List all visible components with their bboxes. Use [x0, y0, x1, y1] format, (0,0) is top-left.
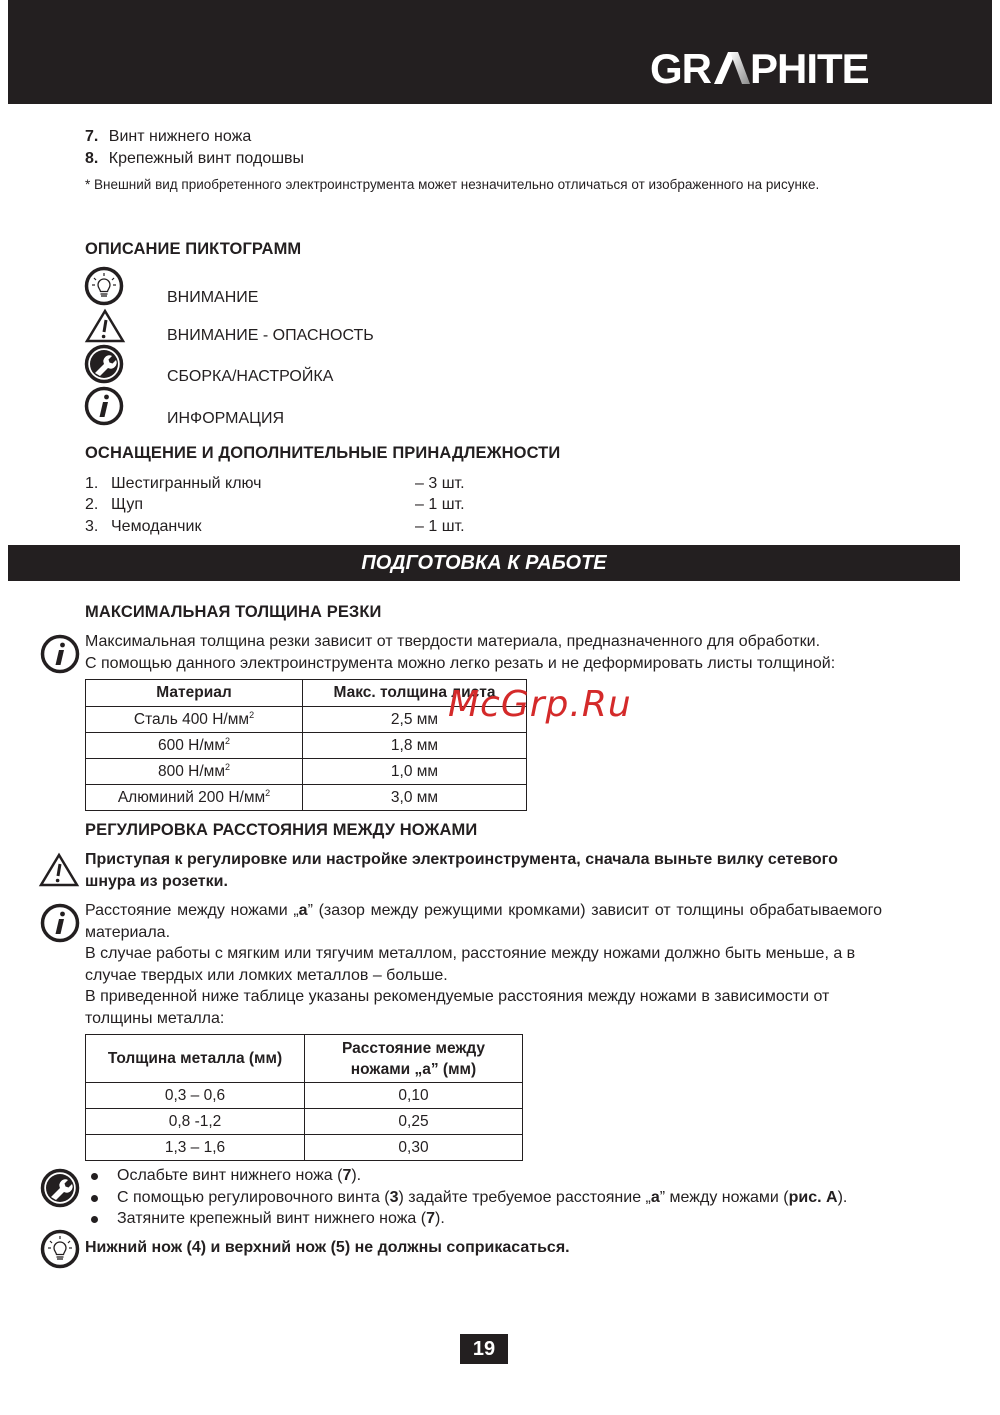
accessory-item: 3. Чемоданчик – 1 шт. — [85, 516, 98, 537]
attention-note: Нижний нож (4) и верхний нож (5) не долж… — [85, 1237, 570, 1259]
svg-text:PHITE: PHITE — [750, 50, 869, 86]
wrench-icon — [84, 344, 124, 384]
table-row: 0,8 -1,2 0,25 — [86, 1109, 523, 1135]
accessory-qty: – 1 шт. — [415, 516, 465, 537]
pictogram-label: ВНИМАНИЕ - ОПАСНОСТЬ — [167, 327, 374, 345]
blade-gap-info-3: В приведенной ниже таблице указаны реком… — [85, 986, 885, 1029]
parts-item: 7. Винт нижнего ножа — [85, 126, 251, 147]
page-number-text: 19 — [473, 1338, 495, 1361]
parts-item-number: 7. — [85, 128, 98, 145]
max-thickness-text-2: С помощью данного электроинструмента мож… — [85, 653, 835, 675]
footnote: * Внешний вид приобретенного электроинст… — [85, 175, 882, 195]
blade-gap-table: Толщина металла (мм) Расстояние между но… — [85, 1034, 523, 1161]
step-item: Затяните крепежный винт нижнего ножа (7)… — [85, 1208, 905, 1230]
value-cell: 1,0 мм — [303, 759, 527, 785]
parts-item-number: 8. — [85, 150, 98, 167]
table-row: 0,3 – 0,6 0,10 — [86, 1083, 523, 1109]
table-row: 1,3 – 1,6 0,30 — [86, 1135, 523, 1161]
accessory-item: 2. Щуп – 1 шт. — [85, 494, 98, 515]
brand-logo: GR PHITE — [650, 46, 882, 90]
accessory-number: 1. — [85, 475, 98, 492]
gap-cell: 0,25 — [305, 1109, 523, 1135]
info-icon — [84, 386, 124, 426]
accessory-label: Щуп — [111, 494, 143, 515]
max-thickness-text-1: Максимальная толщина резки зависит от тв… — [85, 631, 820, 653]
thickness-cell: 0,3 – 0,6 — [86, 1083, 305, 1109]
step-item: Ослабьте винт нижнего ножа (7). — [85, 1165, 905, 1187]
thickness-cell: 0,8 -1,2 — [86, 1109, 305, 1135]
info-icon — [40, 903, 80, 943]
blade-gap-info-2: В случае работы с мягким или тягучим мет… — [85, 943, 885, 986]
table-header: Материал — [86, 680, 303, 707]
accessory-number: 3. — [85, 518, 98, 535]
section-title-bar: ПОДГОТОВКА К РАБОТЕ — [8, 545, 960, 581]
lightbulb-icon — [40, 1229, 80, 1269]
safety-warning: Приступая к регулировке или настройке эл… — [85, 849, 885, 892]
adjustment-steps: Ослабьте винт нижнего ножа (7). С помощь… — [85, 1165, 905, 1230]
page-number: 19 — [460, 1334, 508, 1364]
warning-triangle-icon — [38, 852, 80, 888]
gap-cell: 0,10 — [305, 1083, 523, 1109]
pictogram-label: СБОРКА/НАСТРОЙКА — [167, 368, 333, 386]
material-cell: Алюминий 200 Н/мм2 — [86, 785, 303, 811]
material-cell: 600 Н/мм2 — [86, 733, 303, 759]
accessory-item: 1. Шестигранный ключ – 3 шт. — [85, 473, 98, 494]
step-item: С помощью регулировочного винта (3) зада… — [85, 1187, 905, 1209]
lightbulb-icon — [84, 266, 124, 306]
pictogram-label: ВНИМАНИЕ — [167, 289, 258, 307]
parts-item: 8. Крепежный винт подошвы — [85, 148, 304, 169]
material-cell: Сталь 400 Н/мм2 — [86, 707, 303, 733]
warning-triangle-icon — [84, 308, 126, 344]
graphite-logo-icon: GR PHITE — [650, 50, 882, 86]
accessory-label: Шестигранный ключ — [111, 473, 262, 494]
table-row: 600 Н/мм2 1,8 мм — [86, 733, 527, 759]
pictogram-label: ИНФОРМАЦИЯ — [167, 410, 284, 428]
max-thickness-title: МАКСИМАЛЬНАЯ ТОЛЩИНА РЕЗКИ — [85, 603, 382, 622]
blade-gap-title: РЕГУЛИРОВКА РАССТОЯНИЯ МЕЖДУ НОЖАМИ — [85, 821, 477, 840]
svg-text:GR: GR — [650, 50, 712, 86]
pictograms-title: ОПИСАНИЕ ПИКТОГРАММ — [85, 240, 301, 259]
wrench-icon — [40, 1168, 80, 1208]
accessory-number: 2. — [85, 496, 98, 513]
section-title: ПОДГОТОВКА К РАБОТЕ — [361, 552, 606, 575]
table-header: Толщина металла (мм) — [86, 1035, 305, 1083]
blade-gap-info-1: Расстояние между ножами „a” (зазор между… — [85, 900, 882, 943]
gap-cell: 0,30 — [305, 1135, 523, 1161]
info-icon — [40, 634, 80, 674]
thickness-cell: 1,3 – 1,6 — [86, 1135, 305, 1161]
parts-item-label: Крепежный винт подошвы — [109, 150, 304, 167]
parts-item-label: Винт нижнего ножа — [109, 128, 251, 145]
table-row: 800 Н/мм2 1,0 мм — [86, 759, 527, 785]
material-cell: 800 Н/мм2 — [86, 759, 303, 785]
value-cell: 1,8 мм — [303, 733, 527, 759]
value-cell: 3,0 мм — [303, 785, 527, 811]
accessories-title: ОСНАЩЕНИЕ И ДОПОЛНИТЕЛЬНЫЕ ПРИНАДЛЕЖНОСТ… — [85, 444, 560, 463]
table-row: Алюминий 200 Н/мм2 3,0 мм — [86, 785, 527, 811]
accessory-qty: – 1 шт. — [415, 494, 465, 515]
accessory-qty: – 3 шт. — [415, 473, 465, 494]
table-header: Расстояние между ножами „a” (мм) — [305, 1035, 523, 1083]
watermark: McGrp.Ru — [448, 684, 632, 725]
accessory-label: Чемоданчик — [111, 516, 201, 537]
